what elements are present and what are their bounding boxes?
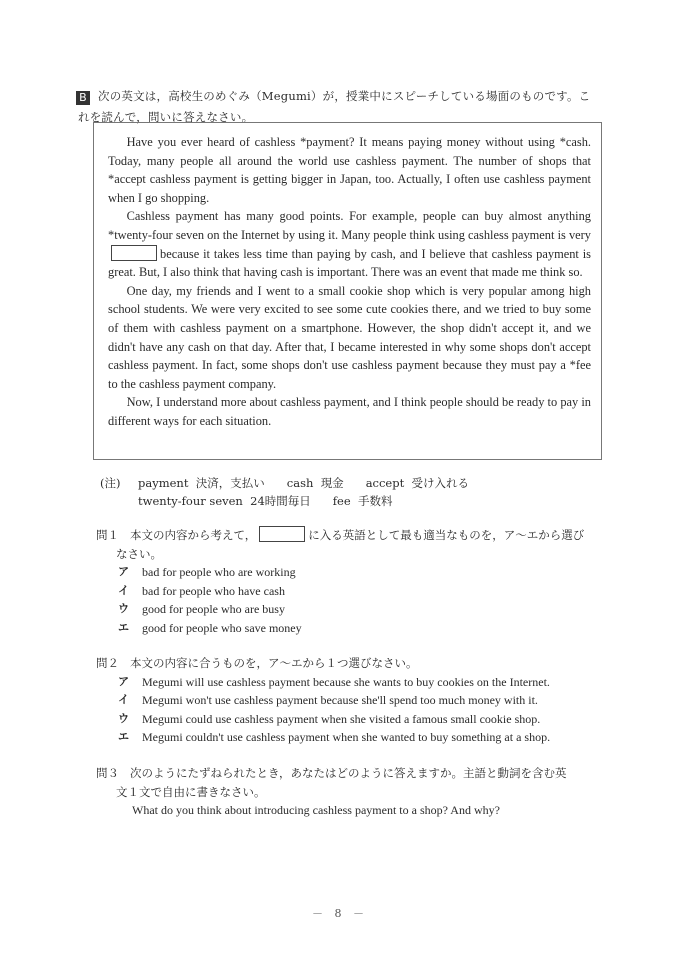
vocabulary-notes: (注)payment 決済，支払いcash 現金accept 受け入れる twe…	[100, 474, 469, 510]
passage-box: Have you ever heard of cashless *payment…	[93, 122, 602, 460]
question-3: 問３次のようにたずねられたとき，あなたはどのように答えますか。主語と動詞を含む英…	[96, 764, 616, 820]
passage-paragraph-1: Have you ever heard of cashless *payment…	[108, 133, 591, 207]
option-e[interactable]: エMegumi couldn't use cashless payment wh…	[118, 728, 616, 747]
notes-row-1: (注)payment 決済，支払いcash 現金accept 受け入れる	[100, 474, 469, 492]
options-list: アbad for people who are working イbad for…	[118, 563, 616, 637]
question-number: 問１	[96, 526, 130, 545]
passage-paragraph-3: One day, my friends and I went to a smal…	[108, 282, 591, 394]
intro-line-1: B次の英文は，高校生のめぐみ（Megumi）が，授業中にスピーチしている場面のも…	[76, 86, 616, 107]
question-1: 問１本文の内容から考えて，に入る英語として最も適当なものを，ア～エから選び なさ…	[96, 526, 616, 637]
option-u[interactable]: ウgood for people who are busy	[118, 600, 616, 619]
option-u[interactable]: ウMegumi could use cashless payment when …	[118, 710, 616, 729]
option-a[interactable]: アMegumi will use cashless payment becaus…	[118, 673, 616, 692]
options-list: アMegumi will use cashless payment becaus…	[118, 673, 616, 747]
notes-label: (注)	[100, 474, 138, 492]
section-badge: B	[76, 91, 90, 105]
option-i[interactable]: イMegumi won't use cashless payment becau…	[118, 691, 616, 710]
question-number: 問３	[96, 764, 130, 783]
passage-paragraph-2: Cashless payment has many good points. F…	[108, 207, 591, 281]
answer-blank	[111, 245, 157, 261]
option-e[interactable]: エgood for people who save money	[118, 619, 616, 638]
option-a[interactable]: アbad for people who are working	[118, 563, 616, 582]
answer-blank-reference	[259, 526, 305, 542]
question-number: 問２	[96, 654, 130, 673]
question-2: 問２本文の内容に合うものを，ア～エから１つ選びなさい。 アMegumi will…	[96, 654, 616, 747]
option-i[interactable]: イbad for people who have cash	[118, 582, 616, 601]
passage-paragraph-4: Now, I understand more about cashless pa…	[108, 393, 591, 430]
notes-row-2: twenty-four seven 24時間毎日fee 手数料	[100, 492, 469, 510]
page-number: － 8 －	[0, 905, 680, 921]
question-3-prompt: What do you think about introducing cash…	[132, 801, 616, 820]
